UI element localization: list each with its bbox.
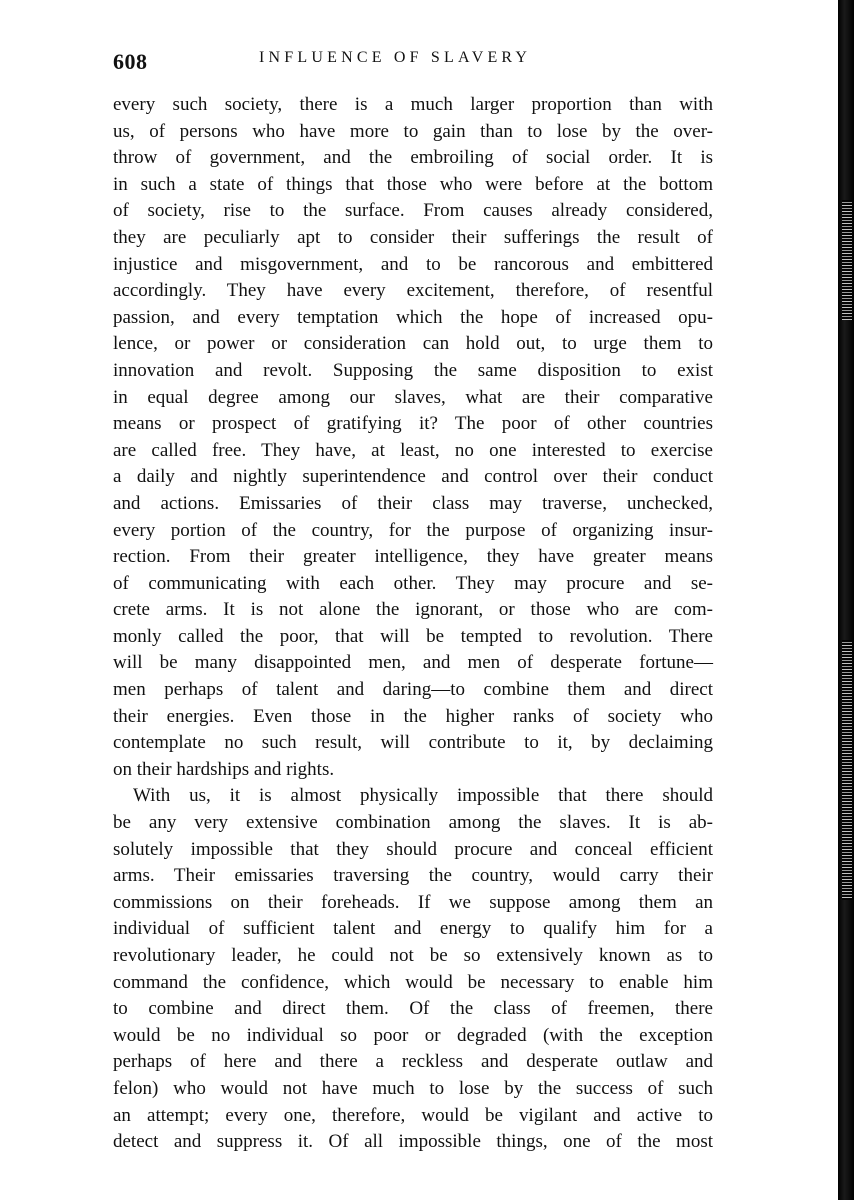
text-line: injustice and misgovernment, and to be r… <box>113 252 713 279</box>
text-line: every portion of the country, for the pu… <box>113 518 713 545</box>
paragraph-2: With us, it is almost physically impossi… <box>113 783 713 1155</box>
scan-noise <box>842 200 852 320</box>
text-line: their energies. Even those in the higher… <box>113 704 713 731</box>
running-title: INFLUENCE OF SLAVERY <box>259 49 531 67</box>
text-line: would be no individual so poor or degrad… <box>113 1023 713 1050</box>
text-line: solutely impossible that they should pro… <box>113 837 713 864</box>
text-line: be any very extensive combination among … <box>113 810 713 837</box>
page-number: 608 <box>113 49 148 75</box>
text-line: With us, it is almost physically impossi… <box>113 783 713 810</box>
text-line: and actions. Emissaries of their class m… <box>113 491 713 518</box>
text-line: in equal degree among our slaves, what a… <box>113 385 713 412</box>
text-line: detect and suppress it. Of all impossibl… <box>113 1129 713 1156</box>
text-line: innovation and revolt. Supposing the sam… <box>113 358 713 385</box>
text-line: are called free. They have, at least, no… <box>113 438 713 465</box>
text-line: in such a state of things that those who… <box>113 172 713 199</box>
text-line: monly called the poor, that will be temp… <box>113 624 713 651</box>
text-line: throw of government, and the embroiling … <box>113 145 713 172</box>
text-line: means or prospect of gratifying it? The … <box>113 411 713 438</box>
book-page: 608 INFLUENCE OF SLAVERY every such soci… <box>0 0 854 1200</box>
text-line: crete arms. It is not alone the ignorant… <box>113 597 713 624</box>
body-text: every such society, there is a much larg… <box>113 92 713 1156</box>
running-head: 608 INFLUENCE OF SLAVERY <box>113 47 713 73</box>
scan-noise <box>842 640 852 900</box>
paragraph-1: every such society, there is a much larg… <box>113 92 713 783</box>
text-line: lence, or power or consideration can hol… <box>113 331 713 358</box>
text-line: of society, rise to the surface. From ca… <box>113 198 713 225</box>
scanned-page-edge <box>838 0 854 1200</box>
text-line: men perhaps of talent and daring—to comb… <box>113 677 713 704</box>
text-line: a daily and nightly superintendence and … <box>113 464 713 491</box>
text-line: us, of persons who have more to gain tha… <box>113 119 713 146</box>
text-line: to combine and direct them. Of the class… <box>113 996 713 1023</box>
text-line: contemplate no such result, will contrib… <box>113 730 713 757</box>
text-line: command the confidence, which would be n… <box>113 970 713 997</box>
text-line: revolutionary leader, he could not be so… <box>113 943 713 970</box>
text-line: felon) who would not have much to lose b… <box>113 1076 713 1103</box>
text-line: individual of sufficient talent and ener… <box>113 916 713 943</box>
text-line: they are peculiarly apt to consider thei… <box>113 225 713 252</box>
text-line: arms. Their emissaries traversing the co… <box>113 863 713 890</box>
text-line: will be many disappointed men, and men o… <box>113 650 713 677</box>
text-line: of communicating with each other. They m… <box>113 571 713 598</box>
text-line: an attempt; every one, therefore, would … <box>113 1103 713 1130</box>
text-line: every such society, there is a much larg… <box>113 92 713 119</box>
text-line: on their hardships and rights. <box>113 757 713 784</box>
text-line: rection. From their greater intelligence… <box>113 544 713 571</box>
text-line: commissions on their foreheads. If we su… <box>113 890 713 917</box>
text-line: accordingly. They have every excitement,… <box>113 278 713 305</box>
text-line: perhaps of here and there a reckless and… <box>113 1049 713 1076</box>
text-line: passion, and every temptation which the … <box>113 305 713 332</box>
